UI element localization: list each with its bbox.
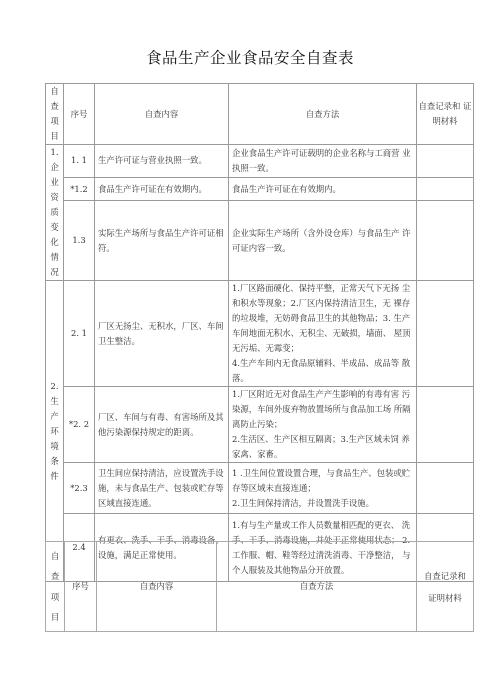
row-content: 生产许可证与营业执照一致。	[95, 145, 229, 178]
header-content: 自查内容	[95, 84, 229, 145]
header-item: 自 查 项 目	[46, 84, 64, 145]
header-record: 自查记录和 证明材料	[417, 542, 474, 632]
row-content: 食品生产许可证在有效期内。	[95, 177, 229, 200]
document-title: 食品生产企业食品安全自查表	[0, 46, 500, 68]
header-record: 自查记录和 证明材料	[417, 84, 474, 145]
table-row: 1. 企 业 资 质 变 化 情 况 1. 1 生产许可证与营业执照一致。 企业…	[46, 145, 474, 178]
row-record-cell[interactable]	[417, 281, 474, 387]
header-seq: 序号	[64, 84, 95, 145]
table-row: *2. 2 厂区、车间与有毒、有害场所及其他污染源保持规定的距离。 1.厂区附近…	[46, 387, 474, 463]
row-record-cell[interactable]	[417, 145, 474, 178]
row-seq: *1.2	[64, 177, 95, 200]
row-record-cell[interactable]	[417, 463, 474, 514]
row-content: 厂区无扬尘、无积水，厂区、车间卫生整洁。	[95, 281, 229, 387]
table-row: *1.2 食品生产许可证在有效期内。 食品生产许可证在有效期内。	[46, 177, 474, 200]
row-method: 企业实际生产场所（含外设仓库）与食品生产 许可证内容一致。	[229, 201, 417, 281]
row-method: 1 .卫生间位置设置合理，与食品生产、包装或贮存等区域未直接连通； 2.卫生间保…	[229, 463, 417, 514]
continued-table-header: 自 查 项 目 序号 自查内容 自查方法 自查记录和 证明材料	[45, 541, 474, 632]
row-seq: 1.3	[64, 201, 95, 281]
row-record-cell[interactable]	[417, 387, 474, 463]
group-label-environment: 2. 生 产 环 境 条 件	[46, 281, 64, 582]
header-seq: 序号	[65, 542, 97, 632]
row-method: 食品生产许可证在有效期内。	[229, 177, 417, 200]
row-content: 厂区、车间与有毒、有害场所及其他污染源保持规定的距离。	[95, 387, 229, 463]
table-header-row: 自 查 项 目 序号 自查内容 自查方法 自查记录和 证明材料	[46, 542, 474, 632]
group-label-qualification: 1. 企 业 资 质 变 化 情 况	[46, 145, 64, 281]
header-content: 自查内容	[97, 542, 217, 632]
header-method: 自查方法	[229, 84, 417, 145]
row-content: 实际生产场所与食品生产许可证相符。	[95, 201, 229, 281]
self-inspection-table: 自 查 项 目 序号 自查内容 自查方法 自查记录和 证明材料 1. 企 业 资…	[45, 83, 474, 582]
table-row: 1.3 实际生产场所与食品生产许可证相符。 企业实际生产场所（含外设仓库）与食品…	[46, 201, 474, 281]
row-seq: *2.3	[64, 463, 95, 514]
row-seq: 1. 1	[64, 145, 95, 178]
row-method: 1.厂区附近无对食品生产产生影响的有毒有害 污染源，车间外废弃物放置场所与食品加…	[229, 387, 417, 463]
table-row: *2.3 卫生间应保持清洁，应设置洗手设施，未与食品生产、包装或贮存等区域直接连…	[46, 463, 474, 514]
row-method: 1.厂区路面硬化、保持平整，正常天气下无扬 尘和积水等现象；2.厂区内保持清洁卫…	[229, 281, 417, 387]
header-item: 自 查 项 目	[46, 542, 65, 632]
row-seq: 2. 1	[64, 281, 95, 387]
table-row: 2. 生 产 环 境 条 件 2. 1 厂区无扬尘、无积水，厂区、车间卫生整洁。…	[46, 281, 474, 387]
row-method: 企业食品生产许可证载明的企业名称与工商营 业执照一致。	[229, 145, 417, 178]
header-method: 自查方法	[217, 542, 417, 632]
table-header-row: 自 查 项 目 序号 自查内容 自查方法 自查记录和 证明材料	[46, 84, 474, 145]
row-record-cell[interactable]	[417, 177, 474, 200]
row-record-cell[interactable]	[417, 201, 474, 281]
row-seq: *2. 2	[64, 387, 95, 463]
row-content: 卫生间应保持清洁，应设置洗手设施，未与食品生产、包装或贮存等区域直接连通。	[95, 463, 229, 514]
